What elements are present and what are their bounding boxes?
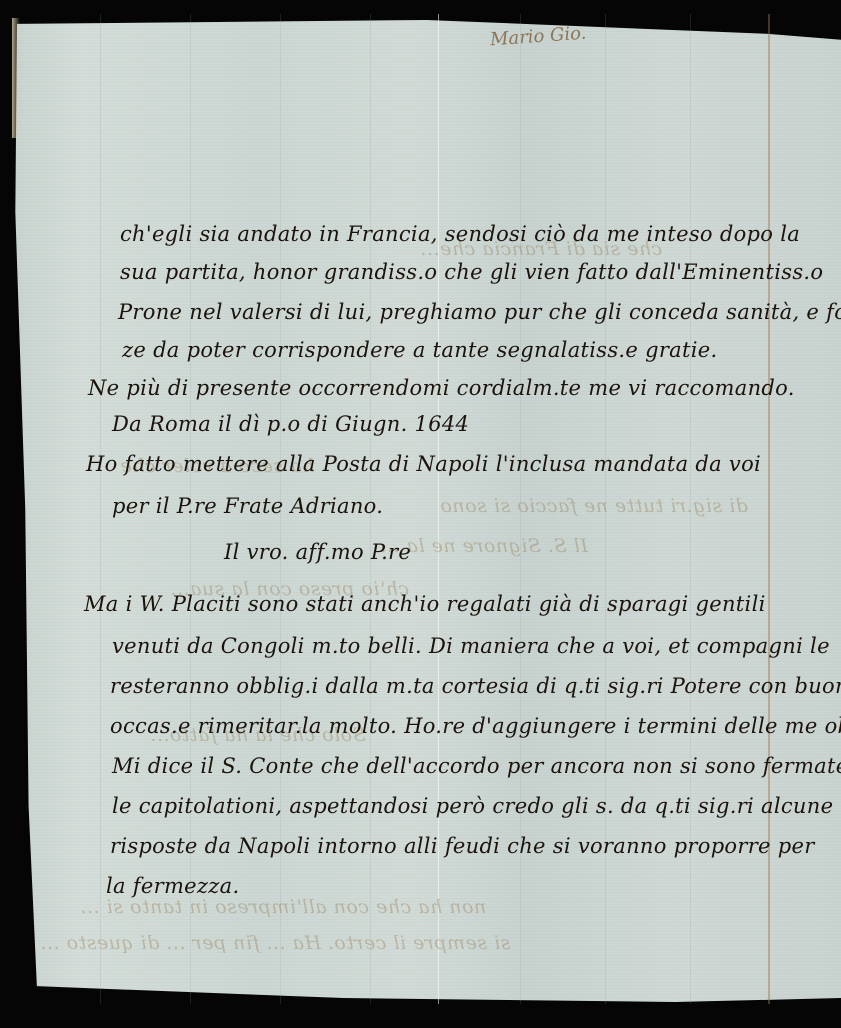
bleed-through-text: di sig.ri tutte ne faccio si sono (440, 495, 748, 517)
bleed-through-text: si sempre il certo. Ha ... fin per ... d… (40, 932, 510, 954)
letter-line: Ne più di presente occorrendomi cordialm… (88, 376, 795, 400)
letter-line: occas.e rimeritar.la molto. Ho.re d'aggi… (110, 714, 841, 738)
bleed-through-text: Il S. Signore ne la ... (380, 535, 588, 557)
letter-line: risposte da Napoli intorno alli feudi ch… (110, 834, 815, 858)
date-text: Da Roma il dì p.o di Giugn. 1644 (112, 412, 469, 436)
margin-annotation (812, 30, 836, 220)
letter-line: Prone nel valersi di lui, preghiamo pur … (118, 300, 841, 324)
letter-line: ch'egli sia andato in Francia, sendosi c… (120, 222, 800, 246)
letter-line postscript: Ho fatto mettere alla Posta di Napoli l'… (86, 452, 761, 476)
bleed-through-text: non ha che con all'impreso in tanto si .… (80, 896, 486, 918)
letter-line: le capitolationi, aspettandosi però cred… (112, 794, 833, 818)
letter-line: venuti da Congoli m.to belli. Di maniera… (112, 634, 830, 658)
letter-line: resteranno obblig.i dalla m.ta cortesia … (110, 674, 841, 698)
paper-edge-stain (12, 18, 20, 138)
letter-line: Ma i W. Placiti sono stati anch'io regal… (84, 592, 766, 616)
letter-line: sua partita, honor grandiss.o che gli vi… (120, 260, 823, 284)
letter-line: ze da poter corrispondere a tante segnal… (122, 338, 717, 362)
letter-line: Mi dice il S. Conte che dell'accordo per… (112, 754, 841, 778)
letter-line date-line: Da Roma il dì p.o di Giugn. 1644 (112, 412, 469, 436)
chain-line (100, 14, 101, 1004)
signature-line: Il vro. aff.mo P.re (224, 540, 411, 564)
manuscript-scan: che sia di Francia che... ha seco a vole… (0, 0, 841, 1028)
letter-line: la fermezza. (106, 874, 239, 898)
letter-line: per il P.re Frate Adriano. (112, 494, 383, 518)
